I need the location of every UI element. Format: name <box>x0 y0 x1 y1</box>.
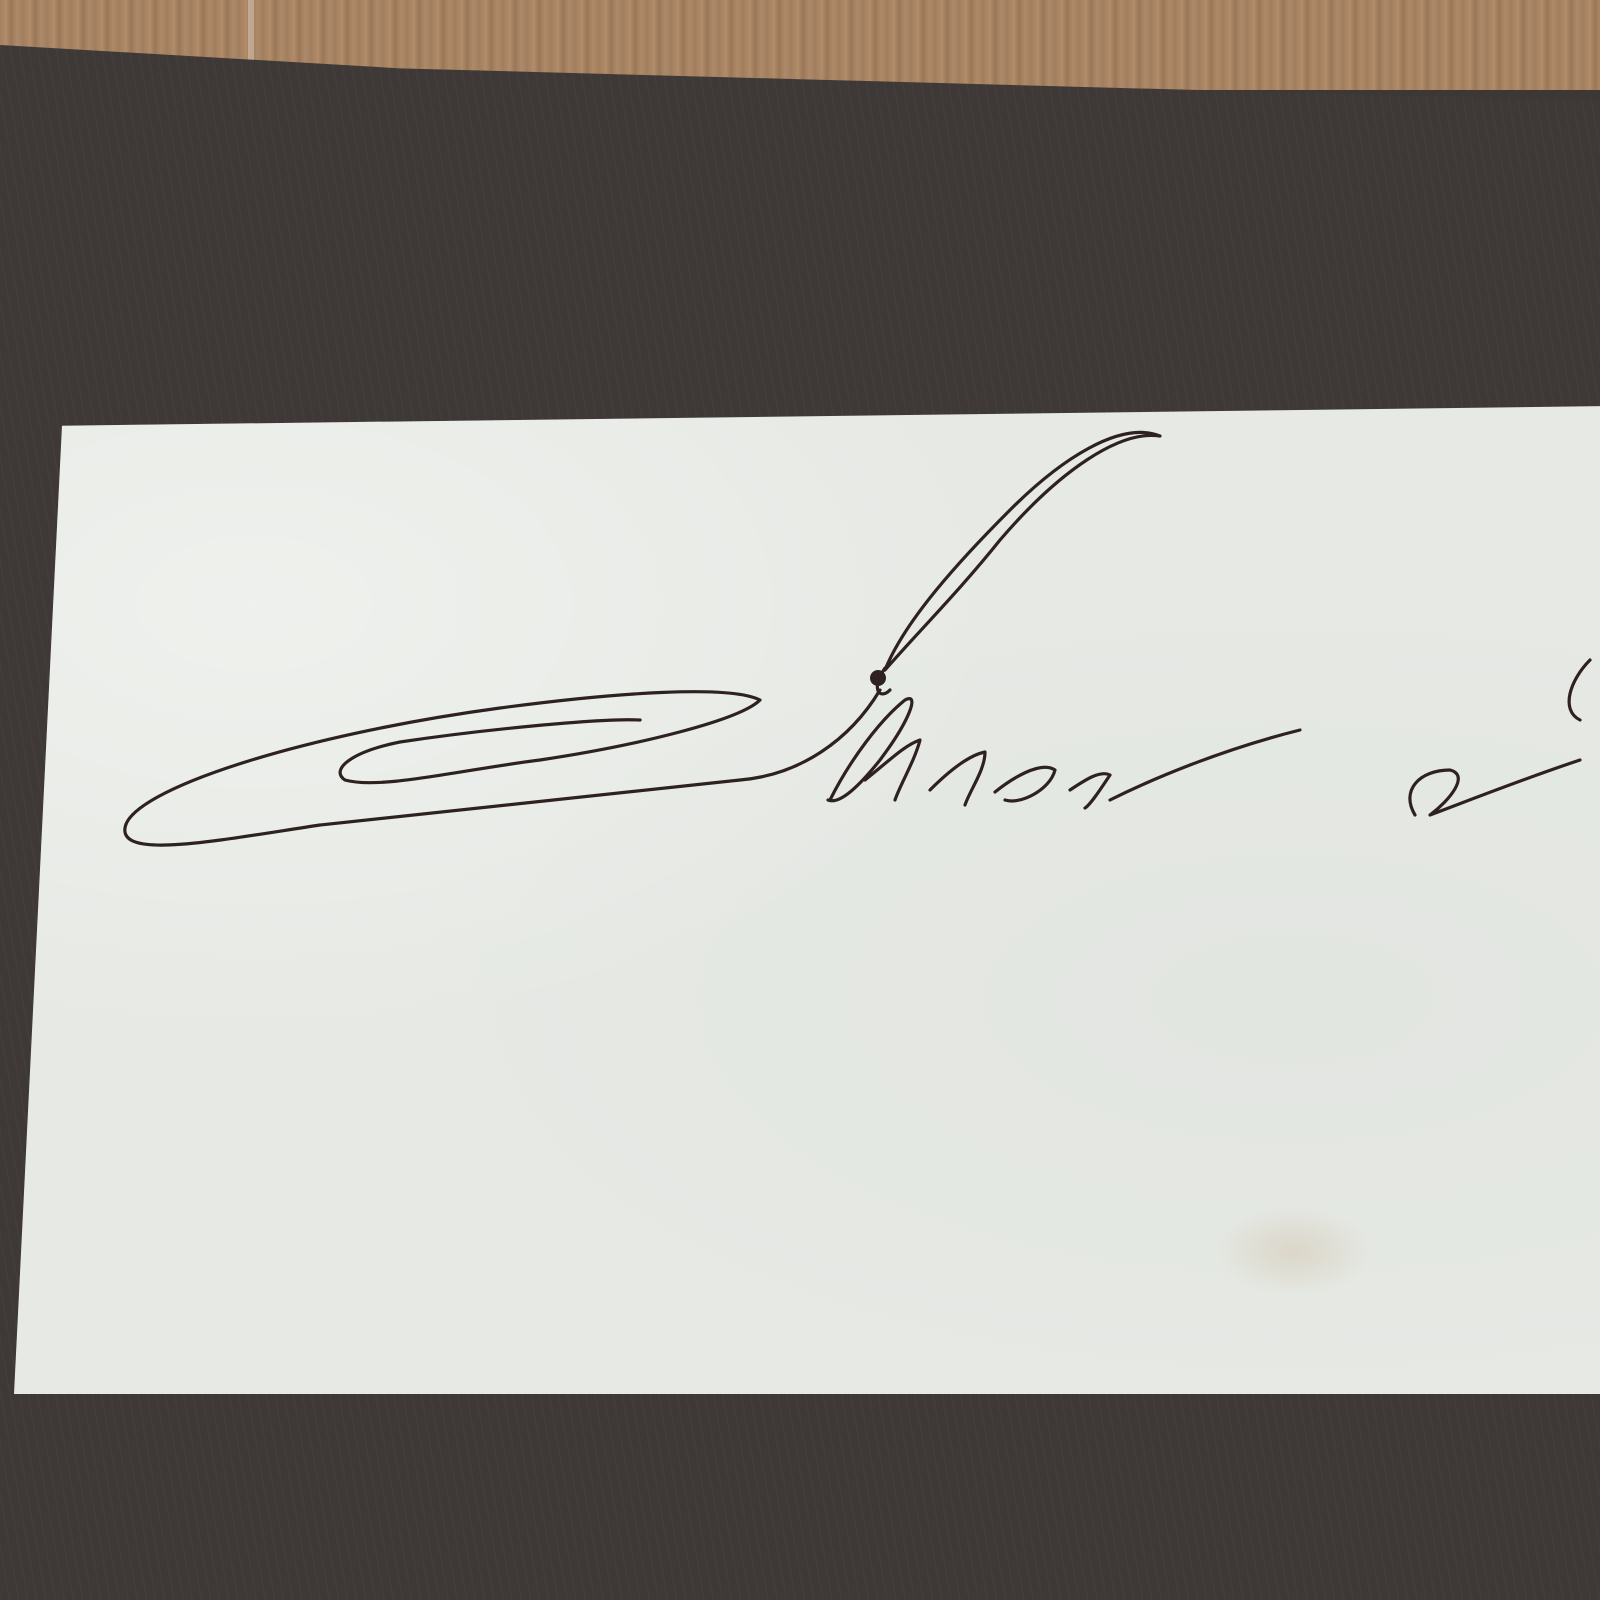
signature-ink <box>0 0 1600 1600</box>
